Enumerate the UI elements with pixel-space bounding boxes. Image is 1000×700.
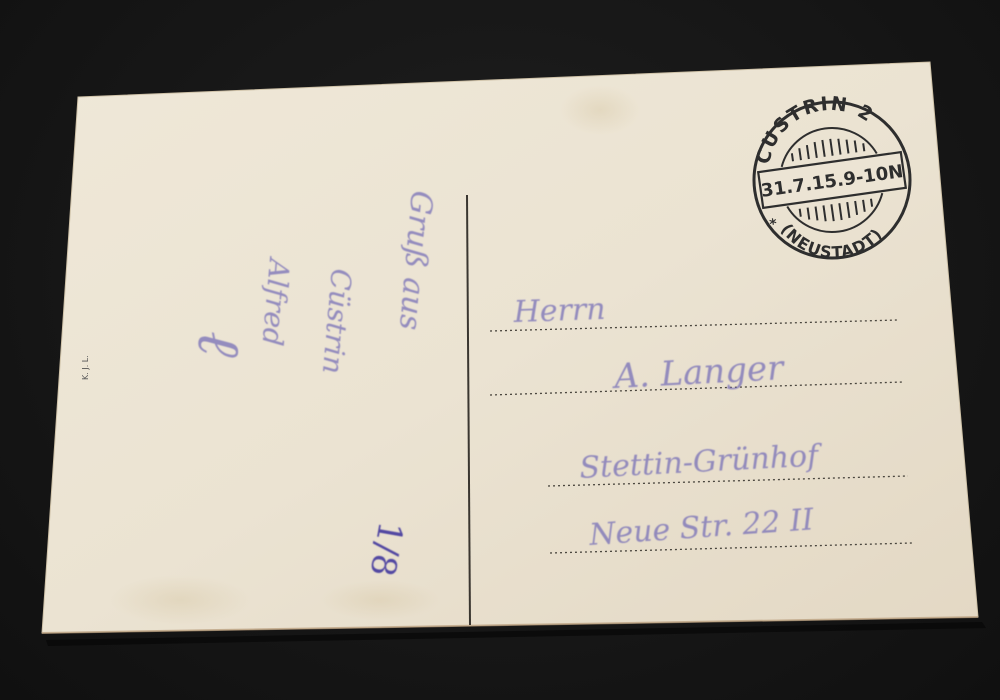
postcard bbox=[42, 62, 978, 633]
postcard-photo: CUSTRIN 2 (NEUSTADT) * 31.7.15.9-10N Her… bbox=[0, 0, 1000, 700]
address-line-1: Herrn bbox=[512, 292, 606, 330]
stain bbox=[560, 85, 640, 135]
printer-mark: K. J. L. bbox=[81, 355, 90, 380]
stain bbox=[320, 580, 440, 620]
stain bbox=[110, 575, 250, 625]
